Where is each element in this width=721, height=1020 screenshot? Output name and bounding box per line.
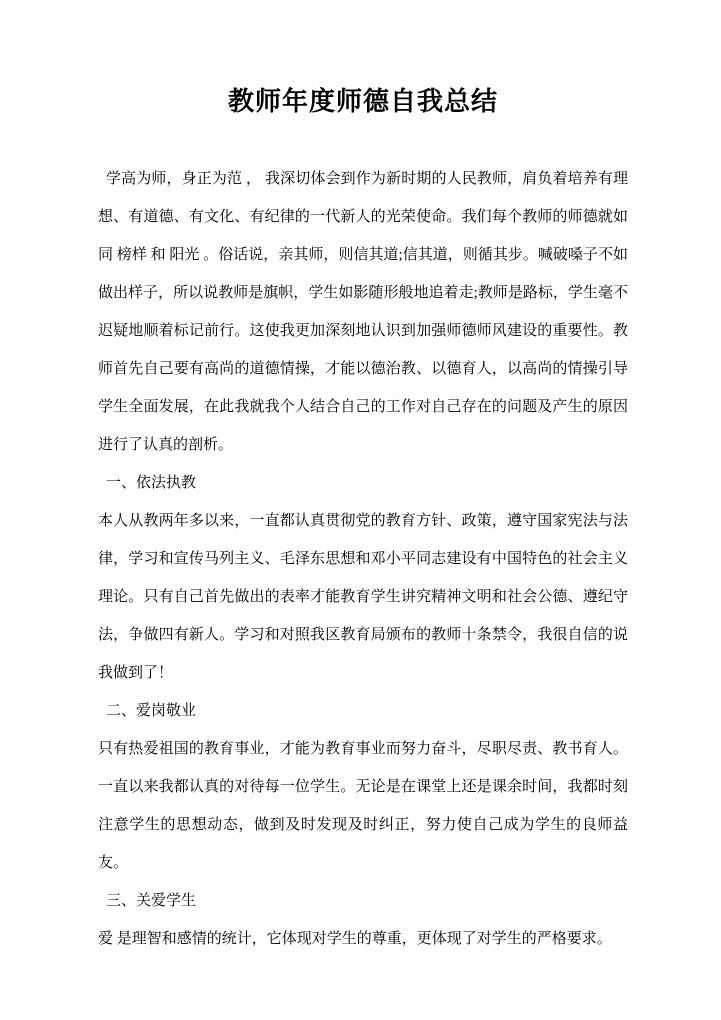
paragraph-dedication: 只有热爱祖国的教育事业，才能为教育事业而努力奋斗，尽职尽责、教书育人。一直以来我… xyxy=(98,730,628,882)
paragraph-law-teaching: 本人从教两年多以来，一直都认真贯彻党的教育方针、政策，遵守国家宪法与法律，学习和… xyxy=(98,502,628,692)
document-page: 教师年度师德自我总结 学高为师，身正为范 ， 我深切体会到作为新时期的人民教师，… xyxy=(0,0,721,1020)
paragraph-caring-students: 爱 是理智和感情的统计，它体现对学生的尊重，更体现了对学生的严格要求。 xyxy=(98,920,628,958)
section-heading-law-teaching: 一、依法执教 xyxy=(98,464,628,502)
document-title: 教师年度师德自我总结 xyxy=(98,84,628,120)
paragraph-intro: 学高为师，身正为范 ， 我深切体会到作为新时期的人民教师，肩负着培养有理想、有道… xyxy=(98,160,628,464)
section-heading-dedication: 二、爱岗敬业 xyxy=(98,692,628,730)
section-heading-caring-students: 三、关爱学生 xyxy=(98,882,628,920)
